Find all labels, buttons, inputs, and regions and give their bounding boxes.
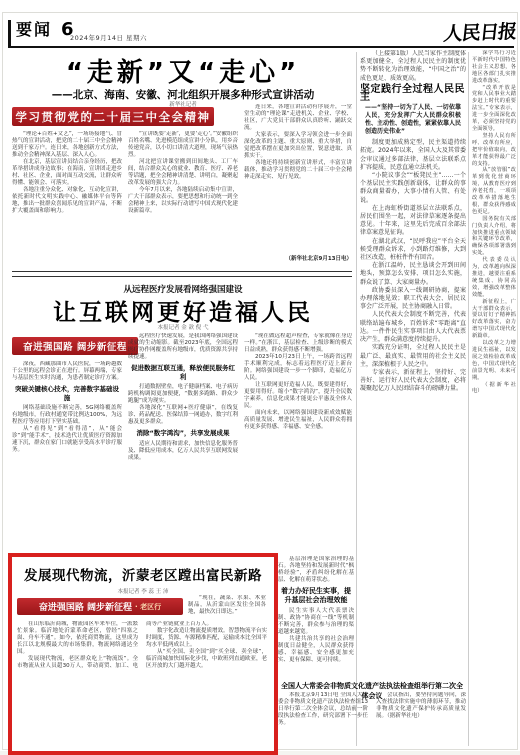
column-rule-left <box>356 52 357 746</box>
body-paragraph: “改革开放是党和人民事业大踏步赶上时代的重要法宝。”专家表示，进一步全面深化改革… <box>472 85 516 133</box>
box-article-title: 发展现代物流，沂蒙老区蹚出富民新路 <box>12 564 274 584</box>
democracy-article-title: 坚定践行全过程人民民主 <box>360 86 466 102</box>
body-paragraph: 打通数据壁垒，电子健康档案、电子病历跨机构调阅更加便捷，“数据多跑路、群众少跑腿… <box>128 384 238 405</box>
masthead-rule <box>8 46 514 48</box>
mid-article-series-banner: 奋进强国路 阔步新征程 <box>12 337 138 355</box>
body-paragraph: （据新华社电） <box>472 382 516 396</box>
box-banner-text: 奋进强国路 阔步新征程 <box>39 600 132 613</box>
top-article-endnote: （新华社北京9月13日电） <box>244 254 352 262</box>
minsheng-subhead: 着力办好民生实事，提升基层社会治理效能 <box>278 587 354 605</box>
body-paragraph: 大家表示，要深入学习领会进一步全面深化改革的主题、重大原则、重大举措，自觉把改革… <box>244 132 352 160</box>
section-header: 要闻 6 <box>16 17 74 40</box>
body-paragraph: 人民代表大会制度不断完善，代表联络站遍布城乡，百姓诉求“零距离”直达。一件件民生… <box>360 311 466 344</box>
body-paragraph: 以改革之力增进民生福祉，以发展之效检验改革成色，中国式现代化前景光明、未来可期。 <box>472 340 516 381</box>
brief-body: 本报北京9月13日电 全国人大常委会非物质文化遗产法执法检查组13日举行第二次全… <box>278 692 466 746</box>
box-article-series-banner: 奋进强国路 阔步新征程 · 老区行 <box>17 598 183 615</box>
mid-article-subhead-1: 突破关键核心技术，完善数字基础设施 <box>12 385 122 402</box>
section-bracket <box>8 20 11 46</box>
body-paragraph: 政协委员深入一线调研协商，提案办理落地见效；职工代表大会、居民议事会广泛开展，民… <box>360 287 466 312</box>
mid-article-column-2-tail: 适应人民期待和需求，加快信息化服务普及、降低应用成本，亿万人民共享互联网发展成果… <box>128 441 238 462</box>
body-paragraph: 各地还将持续创新宣讲形式，丰富宣讲载体，推动学习贯彻党的二十届三中全会精神走深走… <box>244 160 352 181</box>
body-paragraph: 在北京，基层宣讲员结合亲身经历，把改革举措讲成身边故事；在海南，宣讲团走进乡村、… <box>12 159 122 187</box>
body-paragraph: （上接第1版）人民当家作主制度体系更加健全，全过程人民民主的制度优势不断转化为治… <box>360 50 466 83</box>
body-paragraph: 制度更加成熟定型，民主渠道持续拓宽。2024年以来，全国人大及其常委会审议通过多… <box>360 139 466 172</box>
mid-article-column-1: 深夜，西藏那曲市人民医院，一场跨越数千公里的远程会诊正在进行。屏幕两端，专家与基… <box>12 361 122 547</box>
body-paragraph: “理论+百姓+文艺”，一场场接地气、冒热气的宣讲活动，把党的二十届三中全会精神送… <box>12 131 122 159</box>
body-paragraph: 面向未来，以网络强国建设新成效赋能高质量发展、增进民生福祉，人民群众将拥有更多获… <box>244 410 352 431</box>
body-paragraph: 深学笃行习近平新时代中国特色社会主义思想，各地区各部门扎实推进改革落实。 <box>472 50 516 85</box>
democracy-article-quote: ——“坚持一切为了人民、一切依靠人民，充分发挥广大人民群众积极性、主动性、创造性… <box>360 104 466 136</box>
body-paragraph: 本报北京9月13日电 全国人大常委会非物质文化遗产法执法检查组13日举行第二次全… <box>278 692 368 727</box>
body-paragraph: 实践充分证明，全过程人民民主是最广泛、最真实、最管用的社会主义民主，深深植根于人… <box>360 344 466 369</box>
body-paragraph: 在山东临沂商城，物流园区车来车往，一派繁忙景象。临沂地处沂蒙革命老区，曾经“四塞… <box>17 621 138 656</box>
treatment-column: 基层治理是国家治理的基石。各地坚持和发展新时代“枫桥经验”，矛盾纠纷化解在基层、… <box>278 556 354 678</box>
mid-article-subhead-3: 消除“数字鸿沟”，共享发展成果 <box>128 429 238 438</box>
democracy-article-column: （上接第1版）人民当家作主制度体系更加健全，全过程人民民主的制度优势不断转化为治… <box>360 50 466 678</box>
body-paragraph: 2023年10月23日上午，一场跨省远程手术顺利完成，标志着远程医疗迈上新台阶。… <box>244 354 352 382</box>
box-article-columns: 在山东临沂商城，物流园区车来车往，一派繁忙景象。临沂地处沂蒙革命老区，曾经“四塞… <box>17 621 267 737</box>
newspaper-page: 要闻 6 2024年9月14日 星期六 人民日报 “走新”又“走心” ——北京、… <box>0 0 520 751</box>
top-article-title: “走新”又“走心” <box>12 52 354 89</box>
body-paragraph: 会议指出，要坚持问题导向，深入查找法律实施中的薄弱环节，推动非物质文化遗产保护传… <box>376 692 466 720</box>
body-paragraph: 共建共治共享的社会治理制度日益健全，人民群众获得感、幸福感、安全感更加充实、更有… <box>278 636 354 664</box>
body-paragraph: 从“放管服”改革到优化营商环境，从教育医疗到养老托育，一项项改革举措落地生根，群… <box>472 167 516 215</box>
mid-article-subhead-2: 促进数据互联互通，释放便民服务红利 <box>128 364 238 381</box>
mid-article-column-2-rest: 打通数据壁垒，电子健康档案、电子病历跨机构调阅更加便捷，“数据多跑路、群众少跑腿… <box>128 384 238 426</box>
treatment-column-rest: 民生实事人大代表票决制、政协“协商在一线”等机制不断完善，群众参与治理的渠道越来… <box>278 608 354 664</box>
top-article-column-1: “理论+百姓+文艺”，一场场接地气、冒热气的宣讲活动，把党的二十届三中全会精神送… <box>12 131 122 268</box>
section-label: 要闻 <box>16 17 52 40</box>
body-paragraph: 网络基础设施不断完善，5G网络覆盖所有地级市，行政村通宽带比例达100%，为远程… <box>12 405 122 426</box>
body-paragraph: 从“买全国、卖全国”到“买全球、卖全球”，临沂商城加快国际化步伐，中欧班列直通欧… <box>146 649 267 670</box>
mid-article-column-3: “现在做远程超声检查，专家就像在身边一样。”在浙江，基层检查、上级诊断的模式日益… <box>244 333 352 547</box>
mid-article-column-2: 远程医疗快速发展，是我国网络强国建设成就的生动缩影。截至2023年底，全国远程医… <box>128 333 238 547</box>
body-paragraph: 让互联网更好造福人民，既要建得好，更要用得好。缩小“数字鸿沟”，提升全民数字素养… <box>244 382 352 410</box>
top-article-column-3: 连日来，各地宣讲活动有序展开，一堂堂生动的“理论课”走进机关、企业、学校、社区，… <box>244 104 352 260</box>
body-paragraph: 各地注重分众化、对象化、互动化宣讲，依托新时代文明实践中心、融媒体平台等阵地，推… <box>12 187 122 215</box>
mid-article-byline: 本报记者 金 歆 倪 弋 <box>12 323 354 331</box>
body-paragraph: 远程医疗快速发展，是我国网络强国建设成就的生动缩影。截至2023年底，全国远程医… <box>128 333 238 361</box>
body-paragraph: 从“看得见”到“看得清”，从“能会诊”到“能手术”，技术迭代让优质医疗资源加速下… <box>12 426 122 454</box>
body-paragraph: 连日来，各地宣讲活动有序展开，一堂堂生动的“理论课”走进机关、企业、学校、社区，… <box>244 104 352 132</box>
section-divider <box>12 271 352 277</box>
body-paragraph: 在上海虹桥街道基层立法联系点，居民们围坐一起，对法律草案逐条提出意见。十年来，这… <box>360 205 466 238</box>
democracy-article-paras: 制度更加成熟定型，民主渠道持续拓宽。2024年以来，全国人大及其常委会审议通过多… <box>360 139 466 393</box>
body-paragraph: 数字化改造让物流提质增效。智慧物流平台实时调度，货源、车源精准匹配，运输成本比全… <box>146 628 267 649</box>
body-paragraph: “现在做远程超声检查，专家就像在身边一样。”在浙江，基层检查、上级诊断的模式日益… <box>244 333 352 354</box>
top-article-column-2: “宣讲既要‘走新’，更要‘走心’。”安徽组织百姓名嘴、先进模范组成宣讲小分队，用… <box>128 131 238 268</box>
body-paragraph: 民生实事人大代表票决制、政协“协商在一线”等机制不断完善，群众参与治理的渠道越来… <box>278 608 354 636</box>
far-right-column: 深学笃行习近平新时代中国特色社会主义思想，各地区各部门扎实推进改革落实。“改革开… <box>472 50 516 746</box>
body-paragraph: “宣讲既要‘走新’，更要‘走心’。”安徽组织百姓名嘴、先进模范组成宣讲小分队，用… <box>128 131 238 159</box>
body-paragraph: 国务院有关部门负责人介绍，将加快推进重点领域和关键环节改革，确保各项部署落到实处… <box>472 216 516 257</box>
body-paragraph: 深夜，西藏那曲市人民医院，一场跨越数千公里的远程会诊正在进行。屏幕两端，专家与基… <box>12 361 122 382</box>
mid-article-column-1-rest: 网络基础设施不断完善，5G网络覆盖所有地级市，行政村通宽带比例达100%，为远程… <box>12 405 122 454</box>
body-paragraph: 在湖北武汉，“民呼我应”平台全天候受理群众诉求，小到路灯维修，大到社区改造，桩桩… <box>360 238 466 263</box>
body-paragraph: 适应人民期待和需求，加快信息化服务普及、降低应用成本，亿万人民共享互联网发展成果… <box>128 441 238 462</box>
body-paragraph: “现在，蔬菜、水果、木业制品，从沂蒙山区发往全国各地，最快次日即达。” <box>188 595 266 616</box>
body-paragraph: 基层治理是国家治理的基石。各地坚持和发展新时代“枫桥经验”，矛盾纠纷化解在基层、… <box>278 556 354 584</box>
body-paragraph: 在浙江温岭，民主恳谈会开到田间地头，预算怎么安排、项目怎么实施，群众说了算、大家… <box>360 262 466 287</box>
highlighted-article-box[interactable]: 发展现代物流，沂蒙老区蹚出富民新路 本报记者 李 蕊 王 沛 奋进强国路 阔步新… <box>8 553 278 751</box>
body-paragraph: 专家表示，新征程上，坚持好、完善好、运行好人民代表大会制度，必将凝聚起亿万人民团… <box>360 369 466 394</box>
column-rule-right <box>468 52 469 746</box>
box-article-byline: 本报记者 李 蕊 王 沛 <box>12 587 274 595</box>
body-paragraph: 坚持人民有所呼、改革有所应，把牢价值取向，改革才能获得最广泛的支持。 <box>472 133 516 168</box>
body-paragraph: 各地深化“互联网+医疗健康”，在线复诊、药品配送、医保结算一网通办，数字红利惠及… <box>128 405 238 426</box>
body-paragraph: 今年7月以来，各地陆续启动集中宣讲，广大干部群众表示，要把思想和行动统一到全会精… <box>128 187 238 215</box>
box-banner-tag: · 老区行 <box>135 602 161 612</box>
newspaper-logo: 人民日报 <box>442 17 517 46</box>
body-paragraph: 代表委员认为，改革越向纵深推进，越要注重系统集成、协同高效，增强改革整体效能。 <box>472 257 516 298</box>
body-paragraph: “小院议事会”“板凳民主”……一个个基层民主实践创新载体，让群众的事群众商量着办… <box>360 172 466 205</box>
top-article-theme-banner: 学习贯彻党的二十届三中全会精神 <box>12 107 214 126</box>
issue-date: 2024年9月14日 星期六 <box>70 33 147 42</box>
body-paragraph: 新征程上，广大干部群众表示，要以钉钉子精神抓好改革落实，奋力谱写中国式现代化新篇… <box>472 299 516 340</box>
body-paragraph: 河北把宣讲课堂搬到田间地头、工厂车间，结合群众关心的就业、教育、医疗、养老等话题… <box>128 159 238 187</box>
